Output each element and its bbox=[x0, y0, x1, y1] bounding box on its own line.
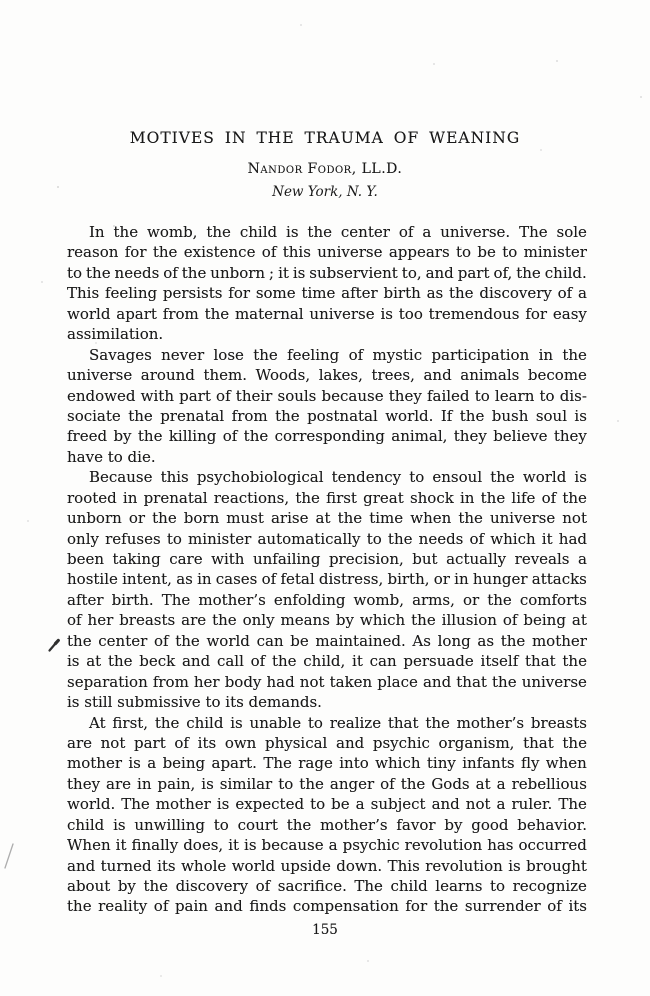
text-line: unbornorthebornmustariseatthetimewhenthe… bbox=[67, 508, 587, 528]
page-title: MOTIVES IN THE TRAUMA OF WEANING bbox=[0, 128, 650, 148]
page-number: 155 bbox=[0, 921, 650, 939]
text-line: rootedinprenatalreactions,thefirstgreats… bbox=[67, 488, 587, 508]
text-line: have to die. bbox=[67, 447, 587, 467]
text-line: Savagesneverlosethefeelingofmysticpartic… bbox=[67, 345, 587, 365]
text-line: andturneditswholeworldupsidedown.Thisrev… bbox=[67, 856, 587, 876]
text-line: childisunwillingtocourtthemother’sfavorb… bbox=[67, 815, 587, 835]
text-line: beentakingcarewithunfailingprecision,but… bbox=[67, 549, 587, 569]
text-line: theyareinpain,issimilartotheangeroftheGo… bbox=[67, 774, 587, 794]
text-line: sociatetheprenatalfromthepostnatalworld.… bbox=[67, 406, 587, 426]
text-line: reasonfortheexistenceofthisuniverseappea… bbox=[67, 242, 587, 262]
text-line: Atfirst,thechildisunabletorealizethatthe… bbox=[67, 713, 587, 733]
text-line: hostileintent,asincasesoffetaldistress,b… bbox=[67, 569, 587, 589]
pencil-slash-mark bbox=[2, 842, 16, 870]
text-line: separationfromherbodyhadnottakenplaceand… bbox=[67, 672, 587, 692]
scanned-document-page: MOTIVES IN THE TRAUMA OF WEANING Nandor … bbox=[0, 0, 650, 996]
article-body: Inthewomb,thechildisthecenterofauniverse… bbox=[67, 222, 587, 917]
text-line: world.Themotherisexpectedtobeasubjectand… bbox=[67, 794, 587, 814]
text-line: arenotpartofitsownphysicalandpsychicorga… bbox=[67, 733, 587, 753]
author-location: New York, N. Y. bbox=[0, 183, 650, 201]
text-line: Becausethispsychobiologicaltendencytoens… bbox=[67, 467, 587, 487]
text-line: aboutbythediscoveryofsacrifice.Thechildl… bbox=[67, 876, 587, 896]
text-line: thecenteroftheworldcanbemaintained.Aslon… bbox=[67, 631, 587, 651]
text-line: worldapartfromthematernaluniverseistootr… bbox=[67, 304, 587, 324]
pencil-check-mark bbox=[47, 637, 61, 653]
author-name: Nandor Fodor, LL.D. bbox=[0, 160, 650, 179]
scan-noise-specks bbox=[0, 0, 2, 2]
text-line: is still submissive to its demands. bbox=[67, 692, 587, 712]
text-line: motherisabeingapart.Therageintowhichtiny… bbox=[67, 753, 587, 773]
text-line: freedbythekillingofthecorrespondinganima… bbox=[67, 426, 587, 446]
text-line: isatthebeckandcallofthechild,itcanpersua… bbox=[67, 651, 587, 671]
text-line: Inthewomb,thechildisthecenterofauniverse… bbox=[67, 222, 587, 242]
text-line: therealityofpainandfindscompensationfort… bbox=[67, 896, 587, 916]
text-line: Whenitfinallydoes,itisbecauseapsychicrev… bbox=[67, 835, 587, 855]
text-line: totheneedsoftheunborn;itissubservientto,… bbox=[67, 263, 587, 283]
text-line: assimilation. bbox=[67, 324, 587, 344]
text-line: universearoundthem.Woods,lakes,trees,and… bbox=[67, 365, 587, 385]
text-line: ofherbreastsaretheonlymeansbywhichtheill… bbox=[67, 610, 587, 630]
text-line: endowedwithpartoftheirsoulsbecausetheyfa… bbox=[67, 386, 587, 406]
text-line: afterbirth.Themother’senfoldingwomb,arms… bbox=[67, 590, 587, 610]
text-line: onlyrefusestoministerautomaticallytothen… bbox=[67, 529, 587, 549]
text-line: Thisfeelingpersistsforsometimeafterbirth… bbox=[67, 283, 587, 303]
